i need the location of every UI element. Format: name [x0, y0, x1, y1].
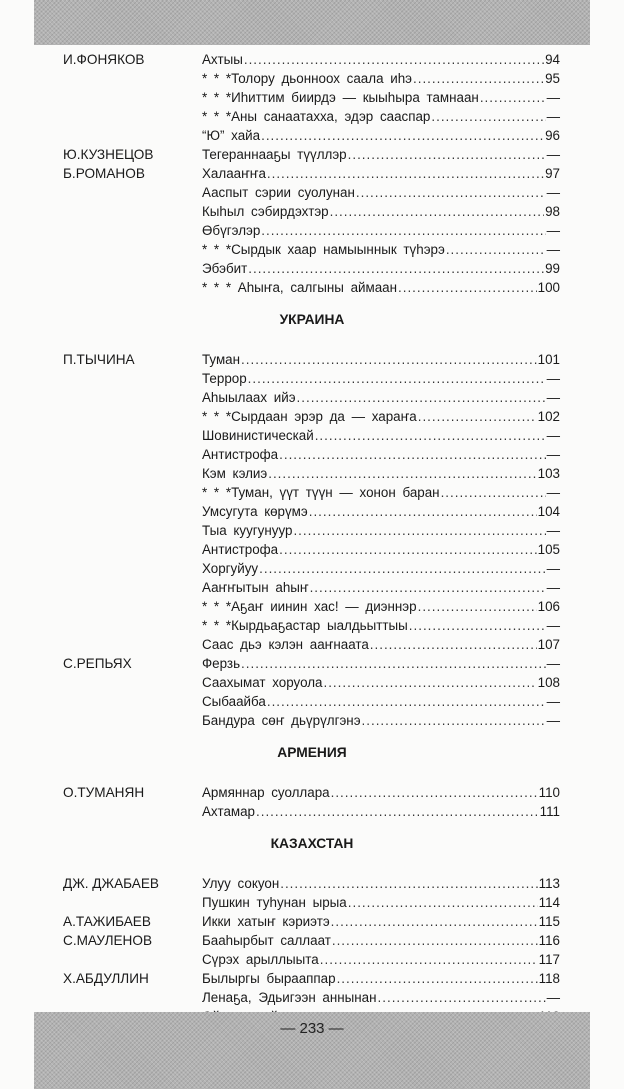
- entry-page-number: 97: [545, 164, 560, 183]
- toc-row: Саас дьэ кэлэн ааҥнаата107: [0, 635, 624, 654]
- dot-leader: [441, 483, 546, 502]
- dot-leader: [279, 540, 537, 559]
- toc-row: Эбэбит99: [0, 259, 624, 278]
- toc-row: * * *Туман, үүт түүн — хонон баран—: [0, 483, 624, 502]
- entry-title: Аhыылаах ийэ: [202, 388, 296, 407]
- toc-entry[interactable]: Тегераннааҕы түүллэр—: [202, 145, 560, 164]
- section-heading: УКРАИНА: [0, 297, 624, 350]
- author-name: А.ТАЖИБАЕВ: [63, 912, 151, 931]
- toc-entry[interactable]: Сыбаайба—: [202, 692, 560, 711]
- entry-page-number: —: [547, 483, 560, 502]
- section-heading-text: АРМЕНИЯ: [277, 745, 346, 760]
- toc-row: Кэм кэлиэ103: [0, 464, 624, 483]
- dot-leader: [320, 950, 538, 969]
- entry-page-number: 114: [539, 893, 560, 912]
- entry-title: Сүрэх арыллыыта: [202, 950, 319, 969]
- toc-row: Өбүгэлэр—: [0, 221, 624, 240]
- entry-page-number: 113: [539, 874, 560, 893]
- entry-page-number: —: [547, 145, 560, 164]
- toc-entry[interactable]: Антистрофа—: [202, 445, 560, 464]
- toc-row: Ааспыт сэрии суолунан—: [0, 183, 624, 202]
- toc-row: О.ТУМАНЯНАрмяннар суоллара110: [0, 783, 624, 802]
- toc-entry[interactable]: Хоргуйуу—: [202, 559, 560, 578]
- header-band: [34, 0, 590, 45]
- entry-page-number: 104: [538, 502, 560, 521]
- dot-leader: [378, 988, 546, 1007]
- entry-page-number: —: [547, 616, 560, 635]
- toc-entry[interactable]: Кыhыл сэбирдэхтэр98: [202, 202, 560, 221]
- dot-leader: [248, 369, 546, 388]
- entry-title: Пушкин туhунан ырыа: [202, 893, 347, 912]
- dot-leader: [330, 202, 544, 221]
- entry-page-number: 111: [540, 802, 560, 821]
- dot-leader: [348, 893, 538, 912]
- toc-entry[interactable]: Өбүгэлэр—: [202, 221, 560, 240]
- toc-row: * * *Аны санаатахха, эдэр сааспар—: [0, 107, 624, 126]
- toc-row: * * *Толору дьонноох саала иhэ95: [0, 69, 624, 88]
- author-name: Б.РОМАНОВ: [63, 164, 145, 183]
- toc-row: Ахтамар111: [0, 802, 624, 821]
- toc-entry[interactable]: * * *Иhиттим биирдэ — кыыhыра тамнаан—: [202, 88, 560, 107]
- entry-title: Шовинистическай: [202, 426, 314, 445]
- entry-title: Антистрофа: [202, 445, 278, 464]
- dot-leader: [370, 635, 537, 654]
- entry-page-number: —: [547, 88, 560, 107]
- dot-leader: [241, 350, 537, 369]
- toc-row: Сүрэх арыллыыта117: [0, 950, 624, 969]
- entry-page-number: —: [547, 711, 560, 730]
- entry-title: Армяннар суоллара: [202, 783, 330, 802]
- entry-title: Эбэбит: [202, 259, 247, 278]
- entry-page-number: —: [547, 654, 560, 673]
- entry-title: “Ю” хайа: [202, 126, 260, 145]
- dot-leader: [297, 388, 546, 407]
- entry-page-number: 110: [539, 783, 560, 802]
- entry-title: * * *Сырдаан эрэр да — хараҥа: [202, 407, 417, 426]
- toc-row: * * * Аhыҥа, салгыны аймаан100: [0, 278, 624, 297]
- toc-row: А.ТАЖИБАЕВИкки хатыҥ кэриэтэ115: [0, 912, 624, 931]
- dot-leader: [268, 464, 536, 483]
- toc-entry[interactable]: “Ю” хайа96: [202, 126, 560, 145]
- toc-row: Умсугута көрүмэ104: [0, 502, 624, 521]
- entry-page-number: —: [547, 426, 560, 445]
- dot-leader: [309, 502, 537, 521]
- entry-page-number: 94: [545, 50, 560, 69]
- entry-title: Саахымат хоруола: [202, 673, 322, 692]
- entry-title: Ахтамар: [202, 802, 255, 821]
- toc-entry[interactable]: * * * Аhыҥа, салгыны аймаан100: [202, 278, 560, 297]
- entry-page-number: —: [547, 107, 560, 126]
- dot-leader: [418, 597, 537, 616]
- toc-entry[interactable]: Саахымат хоруола108: [202, 673, 560, 692]
- entry-title: Былыргы бырааппар: [202, 969, 336, 988]
- entry-page-number: —: [547, 692, 560, 711]
- entry-title: Ленаҕа, Эдьигээн аннынан: [202, 988, 377, 1007]
- entry-page-number: 116: [539, 931, 560, 950]
- dot-leader: [356, 183, 546, 202]
- entry-page-number: 101: [538, 350, 560, 369]
- table-of-contents: И.ФОНЯКОВАхтыы94* * *Толору дьонноох саа…: [0, 50, 624, 1045]
- dot-leader: [267, 164, 544, 183]
- entry-title: Тегераннааҕы түүллэр: [202, 145, 347, 164]
- entry-title: Сыбаайба: [202, 692, 266, 711]
- entry-title: Антистрофа: [202, 540, 278, 559]
- dot-leader: [348, 145, 546, 164]
- toc-row: И.ФОНЯКОВАхтыы94: [0, 50, 624, 69]
- toc-row: * * *Аҕаҥ иинин хас! — диэннэр106: [0, 597, 624, 616]
- toc-row: * * *Сырдаан эрэр да — хараҥа102: [0, 407, 624, 426]
- page-number: — 233 —: [34, 1020, 590, 1037]
- entry-page-number: 102: [538, 407, 560, 426]
- toc-row: Аhыылаах ийэ—: [0, 388, 624, 407]
- entry-page-number: —: [547, 221, 560, 240]
- dot-leader: [409, 616, 546, 635]
- toc-entry[interactable]: Ленаҕа, Эдьигээн аннынан—: [202, 988, 560, 1007]
- toc-row: Б.РОМАНОВХалааҥҥа97: [0, 164, 624, 183]
- toc-entry[interactable]: * * *Туман, үүт түүн — хонон баран—: [202, 483, 560, 502]
- dot-leader: [418, 407, 537, 426]
- dot-leader: [480, 88, 546, 107]
- toc-entry[interactable]: Шовинистическай—: [202, 426, 560, 445]
- entry-page-number: 118: [539, 969, 560, 988]
- dot-leader: [241, 654, 546, 673]
- toc-row: “Ю” хайа96: [0, 126, 624, 145]
- author-name: С.МАУЛЕНОВ: [63, 931, 152, 950]
- toc-entry[interactable]: Ахтамар111: [202, 802, 560, 821]
- dot-leader: [323, 673, 536, 692]
- toc-row: ДЖ. ДЖАБАЕВУлуу сокуон113: [0, 874, 624, 893]
- section-heading-text: УКРАИНА: [280, 312, 345, 327]
- section-heading-text: КАЗАХСТАН: [271, 836, 354, 851]
- entry-title: Ферзь: [202, 654, 240, 673]
- toc-entry[interactable]: Ахтыы94: [202, 50, 560, 69]
- toc-entry[interactable]: Армяннар суоллара110: [202, 783, 560, 802]
- entry-title: Икки хатыҥ кэриэтэ: [202, 912, 330, 931]
- toc-entry[interactable]: * * *Кырдьаҕастар ыалдьыттыы—: [202, 616, 560, 635]
- toc-row: Саахымат хоруола108: [0, 673, 624, 692]
- toc-entry[interactable]: Туман101: [202, 350, 560, 369]
- toc-entry[interactable]: Ааҥҥытын аhыҥ—: [202, 578, 560, 597]
- entry-title: Халааҥҥа: [202, 164, 266, 183]
- entry-page-number: —: [547, 559, 560, 578]
- toc-entry[interactable]: Ферзь—: [202, 654, 560, 673]
- toc-entry[interactable]: Икки хатыҥ кэриэтэ115: [202, 912, 560, 931]
- toc-entry[interactable]: * * *Аны санаатахха, эдэр сааспар—: [202, 107, 560, 126]
- toc-entry[interactable]: Эбэбит99: [202, 259, 560, 278]
- entry-title: Тыа куугунуур: [202, 521, 292, 540]
- toc-entry[interactable]: * * *Аҕаҥ иинин хас! — диэннэр106: [202, 597, 560, 616]
- entry-page-number: 115: [539, 912, 560, 931]
- dot-leader: [315, 426, 546, 445]
- entry-page-number: 99: [545, 259, 560, 278]
- dot-leader: [267, 692, 546, 711]
- entry-title: Саас дьэ кэлэн ааҥнаата: [202, 635, 369, 654]
- toc-entry[interactable]: * * *Сырдаан эрэр да — хараҥа102: [202, 407, 560, 426]
- toc-row: Ленаҕа, Эдьигээн аннынан—: [0, 988, 624, 1007]
- entry-title: Кэм кэлиэ: [202, 464, 267, 483]
- toc-row: Антистрофа—: [0, 445, 624, 464]
- entry-title: Бааhырбыт саллаат: [202, 931, 331, 950]
- author-name: ДЖ. ДЖАБАЕВ: [63, 874, 159, 893]
- dot-leader: [248, 259, 544, 278]
- entry-page-number: —: [547, 183, 560, 202]
- toc-entry[interactable]: Пушкин туhунан ырыа114: [202, 893, 560, 912]
- entry-title: Өбүгэлэр: [202, 221, 260, 240]
- toc-row: Ааҥҥытын аhыҥ—: [0, 578, 624, 597]
- entry-title: Ахтыы: [202, 50, 243, 69]
- section-heading: АРМЕНИЯ: [0, 730, 624, 783]
- dot-leader: [261, 126, 544, 145]
- author-name: И.ФОНЯКОВ: [63, 50, 145, 69]
- entry-title: * * *Туман, үүт түүн — хонон баран: [202, 483, 440, 502]
- entry-page-number: 100: [538, 278, 560, 297]
- toc-row: С.РЕПЬЯХФерзь—: [0, 654, 624, 673]
- entry-page-number: —: [547, 988, 560, 1007]
- entry-page-number: 106: [538, 597, 560, 616]
- dot-leader: [337, 969, 538, 988]
- dot-leader: [310, 578, 546, 597]
- toc-entry[interactable]: * * *Сырдык хаар намыыннык түhэрэ—: [202, 240, 560, 259]
- dot-leader: [331, 912, 538, 931]
- toc-row: * * *Иhиттим биирдэ — кыыhыра тамнаан—: [0, 88, 624, 107]
- author-name: Х.АБДУЛЛИН: [63, 969, 149, 988]
- entry-title: Ааспыт сэрии суолунан: [202, 183, 355, 202]
- toc-row: Пушкин туhунан ырыа114: [0, 893, 624, 912]
- entry-page-number: —: [547, 445, 560, 464]
- entry-page-number: 96: [545, 126, 560, 145]
- entry-title: Кыhыл сэбирдэхтэр: [202, 202, 329, 221]
- toc-entry[interactable]: * * *Толору дьонноох саала иhэ95: [202, 69, 560, 88]
- entry-title: * * *Аны санаатахха, эдэр сааспар: [202, 107, 430, 126]
- entry-title: * * *Толору дьонноох саала иhэ: [202, 69, 412, 88]
- toc-row: Х.АБДУЛЛИНБылыргы бырааппар118: [0, 969, 624, 988]
- entry-title: * * *Кырдьаҕастар ыалдьыттыы: [202, 616, 408, 635]
- dot-leader: [293, 521, 545, 540]
- toc-row: Кыhыл сэбирдэхтэр98: [0, 202, 624, 221]
- toc-entry[interactable]: Антистрофа105: [202, 540, 560, 559]
- dot-leader: [259, 559, 545, 578]
- entry-page-number: 117: [539, 950, 560, 969]
- entry-page-number: —: [547, 388, 560, 407]
- author-name: Ю.КУЗНЕЦОВ: [63, 145, 153, 164]
- footer-band: — 233 —: [34, 1012, 590, 1089]
- toc-entry[interactable]: Былыргы бырааппар118: [202, 969, 560, 988]
- toc-entry[interactable]: Сүрэх арыллыыта117: [202, 950, 560, 969]
- toc-entry[interactable]: Террор—: [202, 369, 560, 388]
- entry-title: Ааҥҥытын аhыҥ: [202, 578, 309, 597]
- dot-leader: [244, 50, 544, 69]
- toc-entry[interactable]: Улуу сокуон113: [202, 874, 560, 893]
- toc-row: Антистрофа105: [0, 540, 624, 559]
- entry-title: Террор: [202, 369, 247, 388]
- entry-page-number: 95: [545, 69, 560, 88]
- author-name: О.ТУМАНЯН: [63, 783, 144, 802]
- toc-entry[interactable]: Умсугута көрүмэ104: [202, 502, 560, 521]
- toc-row: Тыа куугунуур—: [0, 521, 624, 540]
- dot-leader: [431, 107, 545, 126]
- entry-title: * * *Сырдык хаар намыыннык түhэрэ: [202, 240, 445, 259]
- entry-page-number: —: [547, 578, 560, 597]
- toc-row: Шовинистическай—: [0, 426, 624, 445]
- dot-leader: [398, 278, 537, 297]
- entry-page-number: —: [547, 240, 560, 259]
- entry-page-number: —: [547, 369, 560, 388]
- entry-title: Умсугута көрүмэ: [202, 502, 308, 521]
- entry-title: Бандура сөҥ дьүрүлгэнэ: [202, 711, 361, 730]
- toc-entry[interactable]: Бандура сөҥ дьүрүлгэнэ—: [202, 711, 560, 730]
- dot-leader: [413, 69, 544, 88]
- entry-page-number: 107: [538, 635, 560, 654]
- toc-entry[interactable]: Ааспыт сэрии суолунан—: [202, 183, 560, 202]
- dot-leader: [280, 874, 537, 893]
- entry-title: Улуу сокуон: [202, 874, 279, 893]
- toc-entry[interactable]: Аhыылаах ийэ—: [202, 388, 560, 407]
- entry-title: Туман: [202, 350, 240, 369]
- author-name: П.ТЫЧИНА: [63, 350, 135, 369]
- dot-leader: [331, 783, 538, 802]
- toc-row: * * *Кырдьаҕастар ыалдьыттыы—: [0, 616, 624, 635]
- dot-leader: [261, 221, 545, 240]
- entry-title: * * *Иhиттим биирдэ — кыыhыра тамнаан: [202, 88, 479, 107]
- entry-title: * * *Аҕаҥ иинин хас! — диэннэр: [202, 597, 417, 616]
- entry-title: Хоргуйуу: [202, 559, 258, 578]
- entry-page-number: 108: [538, 673, 560, 692]
- toc-entry[interactable]: Халааҥҥа97: [202, 164, 560, 183]
- toc-row: П.ТЫЧИНАТуман101: [0, 350, 624, 369]
- toc-row: Бандура сөҥ дьүрүлгэнэ—: [0, 711, 624, 730]
- toc-entry[interactable]: Кэм кэлиэ103: [202, 464, 560, 483]
- entry-title: * * * Аhыҥа, салгыны аймаан: [202, 278, 397, 297]
- dot-leader: [446, 240, 546, 259]
- toc-row: Ю.КУЗНЕЦОВТегераннааҕы түүллэр—: [0, 145, 624, 164]
- toc-row: Сыбаайба—: [0, 692, 624, 711]
- dot-leader: [279, 445, 545, 464]
- entry-page-number: —: [547, 521, 560, 540]
- entry-page-number: 103: [538, 464, 560, 483]
- dot-leader: [332, 931, 538, 950]
- toc-row: * * *Сырдык хаар намыыннык түhэрэ—: [0, 240, 624, 259]
- toc-entry[interactable]: Саас дьэ кэлэн ааҥнаата107: [202, 635, 560, 654]
- dot-leader: [362, 711, 546, 730]
- toc-row: С.МАУЛЕНОВБааhырбыт саллаат116: [0, 931, 624, 950]
- author-name: С.РЕПЬЯХ: [63, 654, 132, 673]
- toc-entry[interactable]: Тыа куугунуур—: [202, 521, 560, 540]
- entry-page-number: 105: [538, 540, 560, 559]
- entry-page-number: 98: [545, 202, 560, 221]
- dot-leader: [256, 802, 539, 821]
- toc-row: Хоргуйуу—: [0, 559, 624, 578]
- section-heading: КАЗАХСТАН: [0, 821, 624, 874]
- toc-row: Террор—: [0, 369, 624, 388]
- toc-entry[interactable]: Бааhырбыт саллаат116: [202, 931, 560, 950]
